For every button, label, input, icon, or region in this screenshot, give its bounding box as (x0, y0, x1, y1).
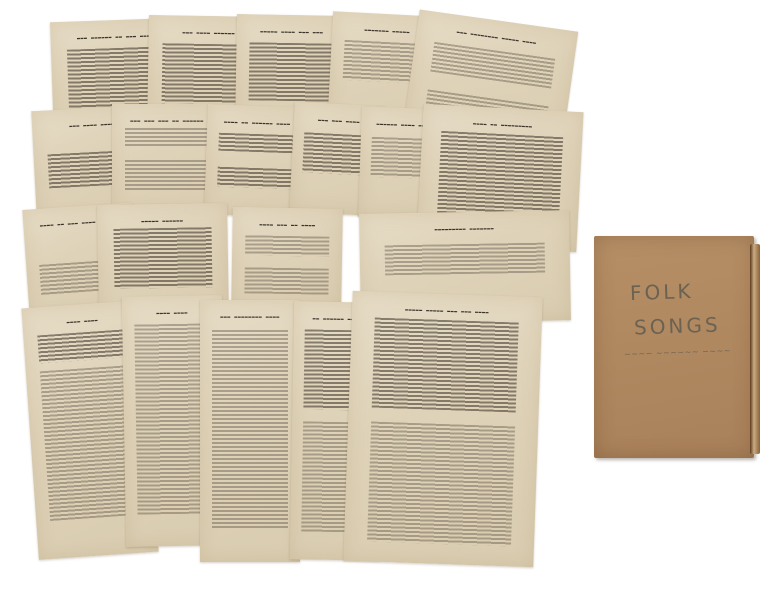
typed-text (367, 421, 516, 546)
typed-text (372, 318, 519, 413)
typed-text (218, 133, 295, 154)
sheet-title: ▬▬▬▬ ▬▬▬ ▬▬ ▬▬▬▬ (233, 221, 343, 229)
song-sheet: ▬▬▬▬▬ ▬▬▬▬▬ ▬▬▬ ▬▬▬ ▬▬▬▬ (343, 291, 542, 567)
typed-text (249, 42, 334, 101)
song-sheet: ▬▬▬▬ ▬▬▬ ▬▬ ▬▬▬▬ (231, 207, 343, 309)
folk-songs-folder: FOLK SONGS ~~~~ ~~~~~~ ~~~~ (594, 236, 754, 458)
typed-text (217, 167, 294, 190)
sheet-title: ▬▬▬ ▬▬▬▬▬▬▬▬ ▬▬▬▬ (200, 314, 300, 320)
typed-text (38, 329, 131, 363)
sheet-title: ▬▬▬▬ ▬▬ ▬▬▬▬▬▬▬▬▬ (423, 118, 583, 132)
typed-text (245, 235, 329, 256)
typed-text (212, 330, 288, 530)
folder-title-line1: FOLK (630, 279, 694, 305)
typed-text (125, 128, 209, 148)
typed-text (113, 227, 213, 289)
folder-torn-edge (750, 244, 760, 454)
sheet-title: ▬▬▬ ▬▬▬ ▬▬▬ ▬▬ ▬▬▬▬▬▬ (112, 118, 222, 124)
photo-scene: ▬▬▬ ▬▬▬▬▬▬ ▬▬ ▬▬▬ ▬▬▬▬ ▬▬▬ ▬▬▬▬ ▬▬▬▬▬▬ ▬… (0, 0, 782, 589)
sheet-title: ▬▬▬▬ ▬▬ ▬▬▬▬▬▬ ▬▬▬▬ (207, 118, 307, 127)
sheet-title: ▬▬▬▬▬ ▬▬▬▬▬ ▬▬▬ ▬▬▬ ▬▬▬▬ (352, 305, 542, 318)
typed-text (430, 42, 555, 89)
typed-text (385, 243, 545, 276)
song-sheet: ▬▬▬ ▬▬▬▬▬▬▬▬ ▬▬▬▬ (200, 300, 300, 562)
sheet-title: ▬▬▬▬▬▬▬▬▬ ▬▬▬▬▬▬▬ (359, 224, 569, 234)
sheet-title: ▬▬▬▬▬ ▬▬▬▬▬▬ (97, 217, 227, 225)
typed-text (245, 267, 329, 294)
folder-title-line2: SONGS (634, 312, 721, 339)
folder-handwritten-subtitle: ~~~~ ~~~~~~ ~~~~ (624, 346, 731, 359)
typed-text (125, 160, 209, 190)
sheet-title: ▬▬▬▬▬ ▬▬▬▬ ▬▬▬ ▬▬▬ (237, 28, 347, 36)
